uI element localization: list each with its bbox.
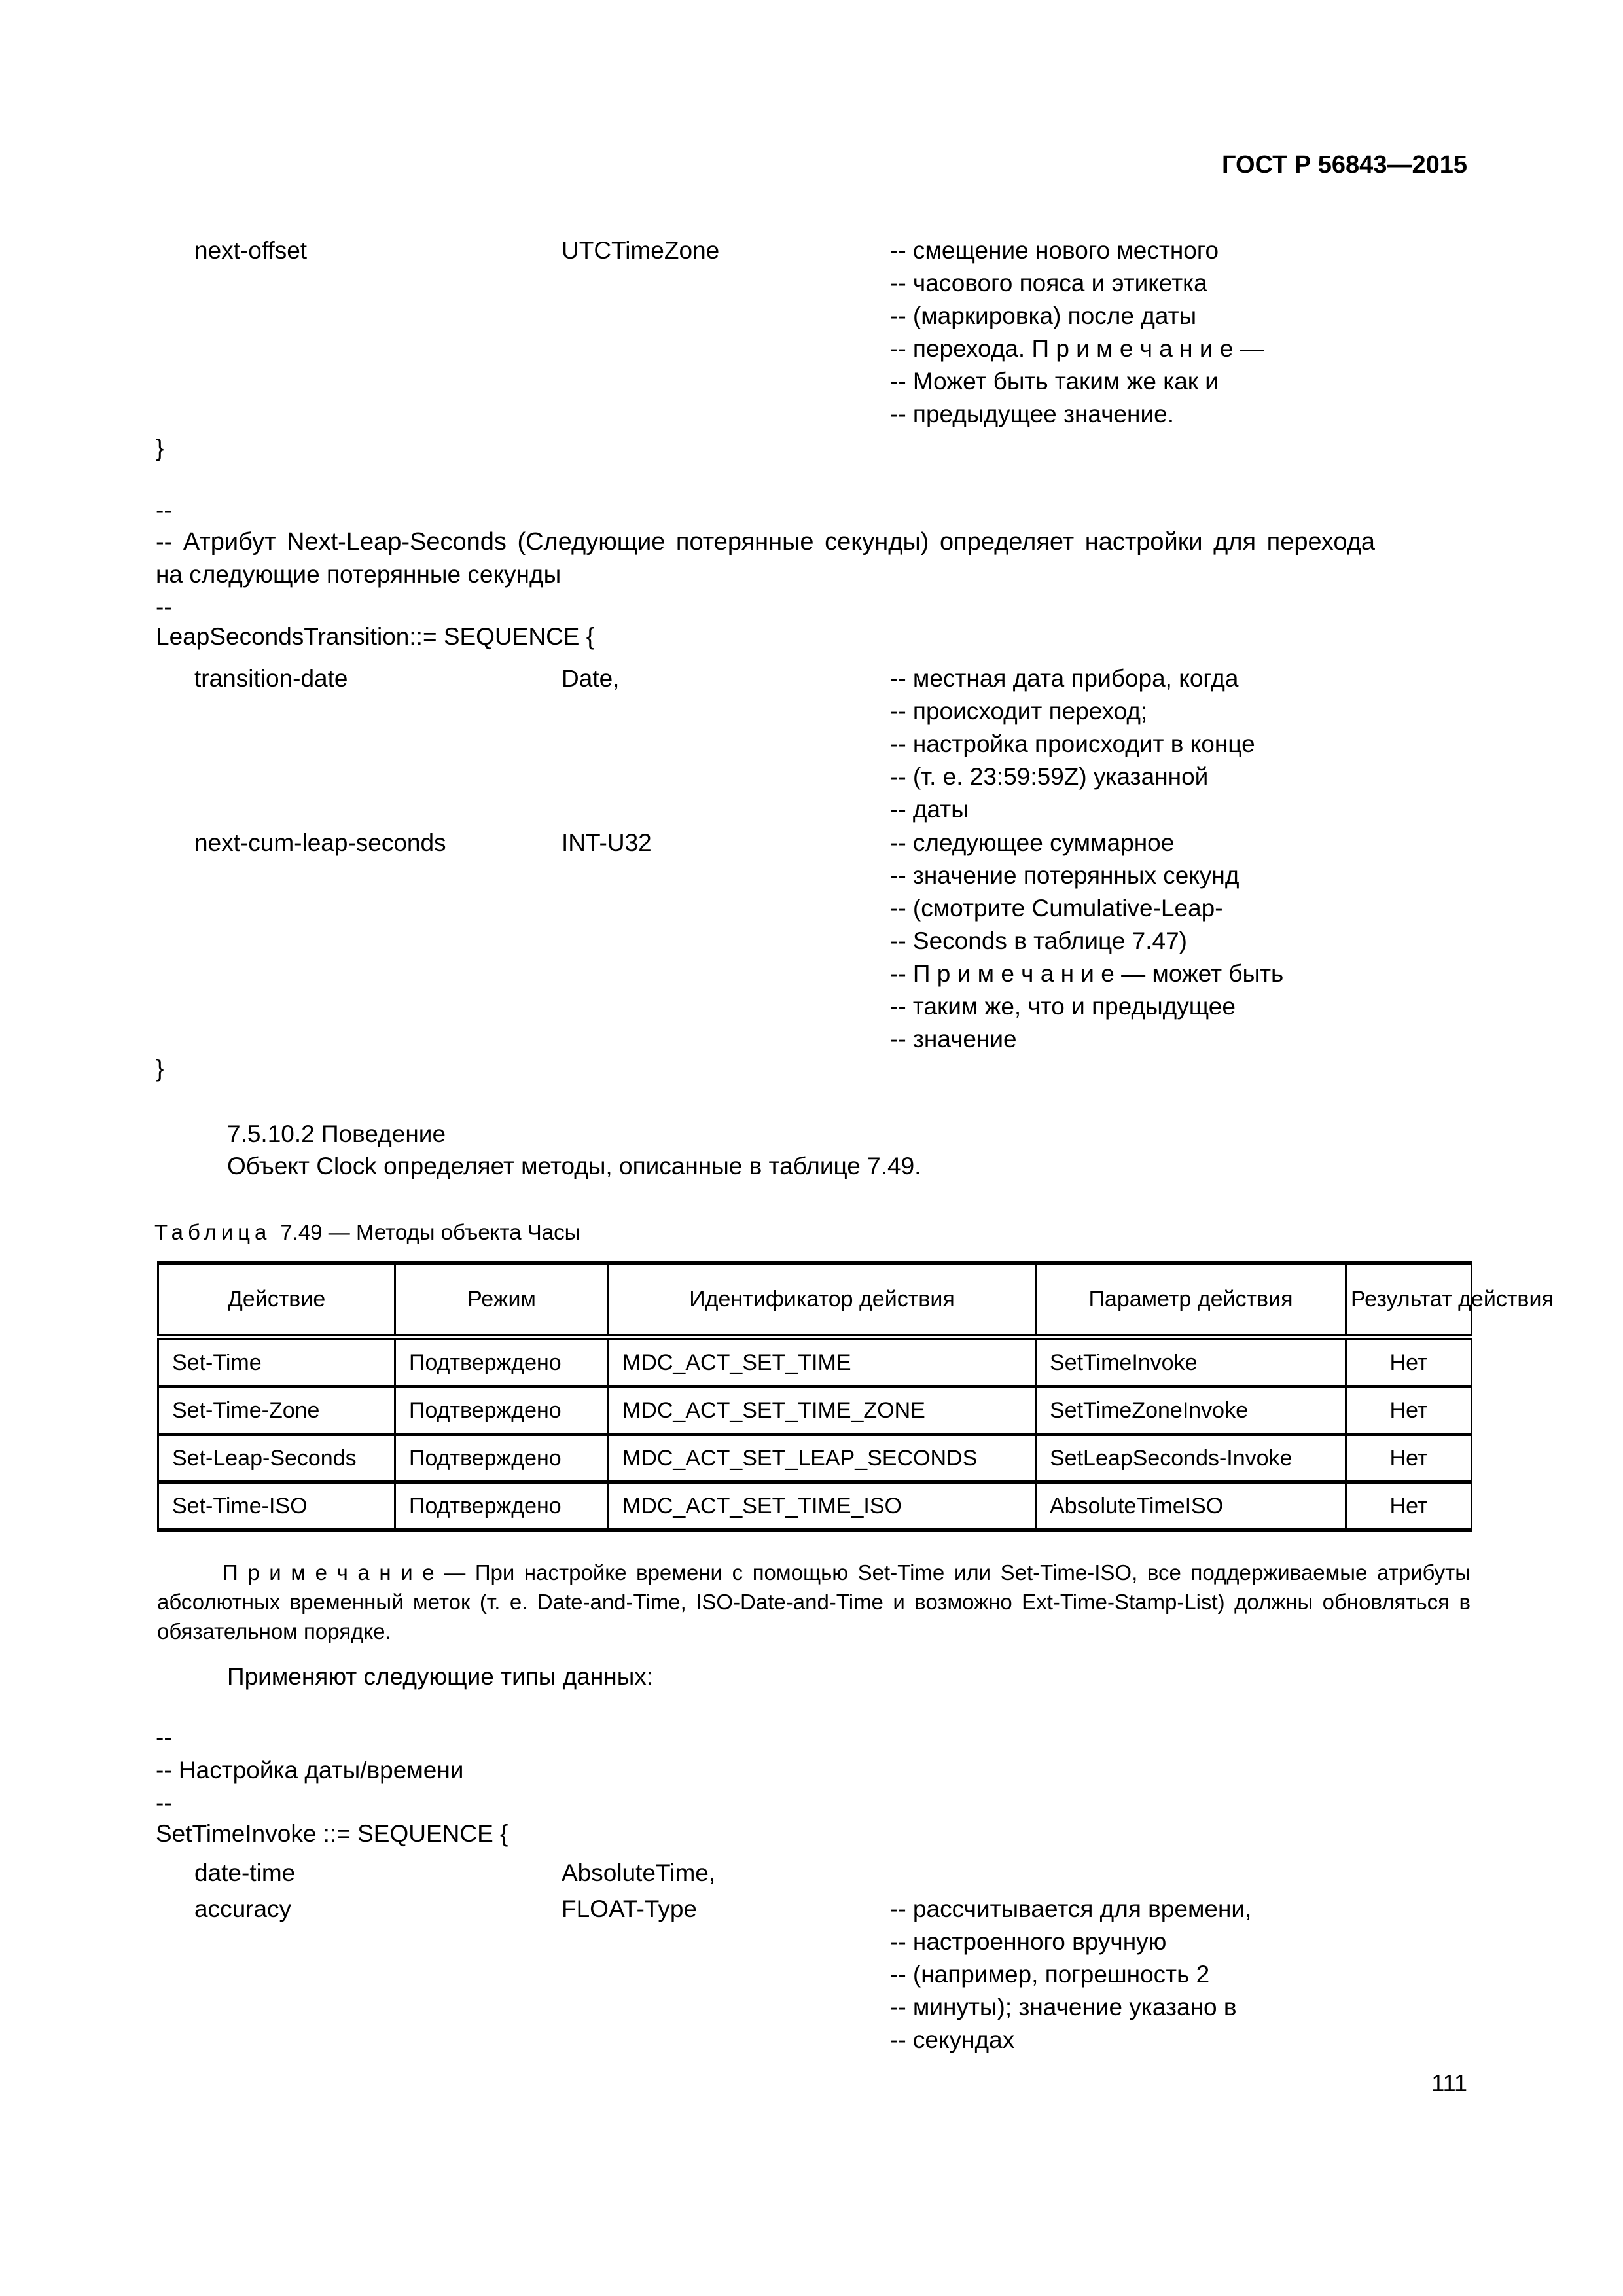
code-comment-line: -- Может быть таким же как и bbox=[890, 365, 1264, 398]
table-header-row: Действие Режим Идентификатор действия Па… bbox=[158, 1263, 1472, 1337]
code-field-name: transition-date bbox=[194, 662, 348, 695]
code-comment-line: -- перехода. П р и м е ч а н и е — bbox=[890, 332, 1264, 365]
table-cell: Set-Leap-Seconds bbox=[158, 1435, 395, 1482]
table-cell: Подтверждено bbox=[395, 1482, 609, 1531]
code-comment-line: -- П р и м е ч а н и е — может быть bbox=[890, 958, 1283, 990]
datatypes-intro: Применяют следующие типы данных: bbox=[227, 1660, 653, 1693]
table-cell: MDC_ACT_SET_LEAP_SECONDS bbox=[609, 1435, 1036, 1482]
table-cell: Set-Time bbox=[158, 1337, 395, 1387]
table-note: П р и м е ч а н и е — При настройке врем… bbox=[157, 1558, 1471, 1646]
section-comment-line: -- Атрибут Next-Leap-Seconds (Следующие … bbox=[156, 526, 1375, 558]
code-field-name: next-cum-leap-seconds bbox=[194, 827, 446, 859]
code-comment-line: -- Seconds в таблице 7.47) bbox=[890, 925, 1283, 958]
code-field-name: date-time bbox=[194, 1857, 295, 1890]
table-caption-word: Таблица bbox=[154, 1220, 271, 1244]
code-comment-line: -- таким же, что и предыдущее bbox=[890, 990, 1283, 1023]
table-row: Set-Time Подтверждено MDC_ACT_SET_TIME S… bbox=[158, 1337, 1472, 1387]
code-comment-line: -- предыдущее значение. bbox=[890, 398, 1264, 431]
table-caption-text: 7.49 — Методы объекта Часы bbox=[280, 1220, 580, 1244]
table-cell: SetTimeZoneInvoke bbox=[1036, 1387, 1346, 1435]
code-comment-line: -- следующее суммарное bbox=[890, 827, 1283, 859]
code-comment-line: -- даты bbox=[890, 793, 1255, 826]
close-brace: } bbox=[156, 432, 164, 465]
document-page: ГОСТ Р 56843—2015 next-offset UTCTimeZon… bbox=[0, 0, 1623, 2296]
code-comment-line: -- (например, погрешность 2 bbox=[890, 1958, 1251, 1991]
methods-table: Действие Режим Идентификатор действия Па… bbox=[157, 1261, 1472, 1532]
code-comment-line: -- значение потерянных секунд bbox=[890, 859, 1283, 892]
section-paragraph: Объект Clock определяет методы, описанны… bbox=[227, 1150, 921, 1183]
code-field-type: AbsoluteTime, bbox=[562, 1857, 715, 1890]
table-cell: Подтверждено bbox=[395, 1435, 609, 1482]
code-comment-line: -- настройка происходит в конце bbox=[890, 728, 1255, 761]
table-cell: Нет bbox=[1346, 1435, 1472, 1482]
page-header: ГОСТ Р 56843—2015 bbox=[1222, 149, 1467, 181]
code-comment-column: -- следующее суммарное -- значение потер… bbox=[890, 827, 1283, 1056]
code-comment-line: -- смещение нового местного bbox=[890, 234, 1264, 267]
code-field-type: INT-U32 bbox=[562, 827, 652, 859]
table-header-cell: Режим bbox=[395, 1263, 609, 1337]
section-comment-line: -- Настройка даты/времени bbox=[156, 1754, 463, 1787]
comment-dashes: -- bbox=[156, 1787, 172, 1820]
close-brace: } bbox=[156, 1052, 164, 1085]
code-comment-line: -- (маркировка) после даты bbox=[890, 300, 1264, 332]
table-header-cell: Результат действия bbox=[1346, 1263, 1472, 1337]
code-comment-line: -- секундах bbox=[890, 2024, 1251, 2056]
code-field-type: UTCTimeZone bbox=[562, 234, 719, 267]
code-field-type: Date, bbox=[562, 662, 619, 695]
table-header-cell: Параметр действия bbox=[1036, 1263, 1346, 1337]
table-cell: MDC_ACT_SET_TIME bbox=[609, 1337, 1036, 1387]
page-number: 111 bbox=[1431, 2067, 1467, 2100]
code-field-type: FLOAT-Type bbox=[562, 1893, 697, 1926]
code-comment-line: -- настроенного вручную bbox=[890, 1926, 1251, 1958]
table-cell: AbsoluteTimeISO bbox=[1036, 1482, 1346, 1531]
comment-dashes: -- bbox=[156, 1721, 172, 1754]
table-cell: Нет bbox=[1346, 1387, 1472, 1435]
sequence-declaration: LeapSecondsTransition::= SEQUENCE { bbox=[156, 620, 594, 653]
code-comment-line: -- происходит переход; bbox=[890, 695, 1255, 728]
table-cell: Нет bbox=[1346, 1337, 1472, 1387]
table-header-cell: Идентификатор действия bbox=[609, 1263, 1036, 1337]
sequence-declaration: SetTimeInvoke ::= SEQUENCE { bbox=[156, 1818, 508, 1850]
code-comment-line: -- местная дата прибора, когда bbox=[890, 662, 1255, 695]
table-cell: Set-Time-Zone bbox=[158, 1387, 395, 1435]
table-cell: Подтверждено bbox=[395, 1387, 609, 1435]
table-cell: Подтверждено bbox=[395, 1337, 609, 1387]
table-row: Set-Leap-Seconds Подтверждено MDC_ACT_SE… bbox=[158, 1435, 1472, 1482]
code-comment-line: -- минуты); значение указано в bbox=[890, 1991, 1251, 2024]
code-comment-column: -- смещение нового местного -- часового … bbox=[890, 234, 1264, 431]
code-comment-line: -- (смотрите Cumulative-Leap- bbox=[890, 892, 1283, 925]
section-heading: 7.5.10.2 Поведение bbox=[227, 1118, 446, 1151]
table-cell: SetTimeInvoke bbox=[1036, 1337, 1346, 1387]
table-row: Set-Time-ISO Подтверждено MDC_ACT_SET_TI… bbox=[158, 1482, 1472, 1531]
table-cell: Нет bbox=[1346, 1482, 1472, 1531]
comment-dashes: -- bbox=[156, 591, 172, 624]
table-row: Set-Time-Zone Подтверждено MDC_ACT_SET_T… bbox=[158, 1387, 1472, 1435]
table-cell: MDC_ACT_SET_TIME_ISO bbox=[609, 1482, 1036, 1531]
code-comment-line: -- часового пояса и этикетка bbox=[890, 267, 1264, 300]
table-header-cell: Действие bbox=[158, 1263, 395, 1337]
code-comment-column: -- рассчитывается для времени, -- настро… bbox=[890, 1893, 1251, 2056]
comment-dashes: -- bbox=[156, 494, 172, 527]
code-comment-line: -- значение bbox=[890, 1023, 1283, 1056]
table-cell: SetLeapSeconds-Invoke bbox=[1036, 1435, 1346, 1482]
table-caption: Таблица7.49 — Методы объекта Часы bbox=[154, 1216, 580, 1249]
code-field-name: accuracy bbox=[194, 1893, 291, 1926]
code-comment-column: -- местная дата прибора, когда -- происх… bbox=[890, 662, 1255, 826]
code-field-name: next-offset bbox=[194, 234, 307, 267]
table-cell: Set-Time-ISO bbox=[158, 1482, 395, 1531]
code-comment-line: -- рассчитывается для времени, bbox=[890, 1893, 1251, 1926]
table-cell: MDC_ACT_SET_TIME_ZONE bbox=[609, 1387, 1036, 1435]
section-comment-line: на следующие потерянные секунды bbox=[156, 558, 561, 591]
code-comment-line: -- (т. е. 23:59:59Z) указанной bbox=[890, 761, 1255, 793]
